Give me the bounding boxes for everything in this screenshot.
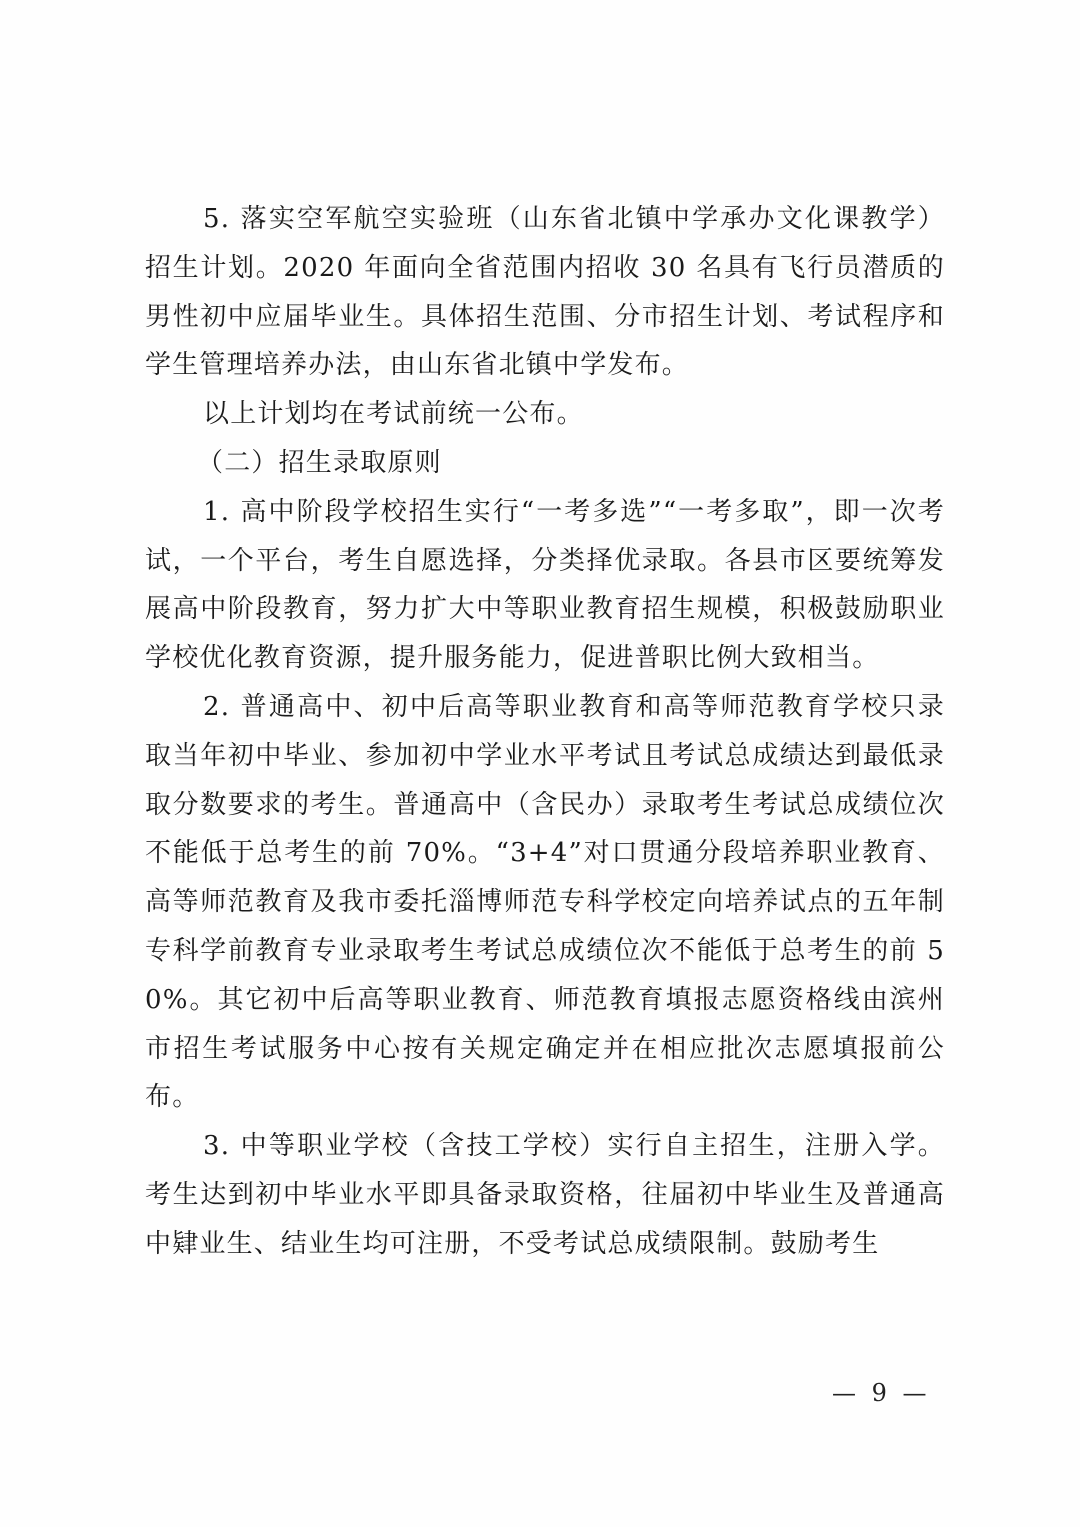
page-number: — 9 — (832, 1379, 931, 1407)
paragraph-item-2-admission-requirements: 2. 普通高中、初中后高等职业教育和高等师范教育学校只录取当年初中毕业、参加初中… (145, 683, 945, 1122)
document-body: 5. 落实空军航空实验班（山东省北镇中学承办文化课教学）招生计划。2020 年面… (145, 195, 945, 1269)
paragraph-item-3-vocational-schools: 3. 中等职业学校（含技工学校）实行自主招生，注册入学。考生达到初中毕业水平即具… (145, 1122, 945, 1268)
paragraph-item-1-one-exam: 1. 高中阶段学校招生实行“一考多选”“一考多取”，即一次考试，一个平台，考生自… (145, 488, 945, 683)
paragraph-plan-announcement: 以上计划均在考试前统一公布。 (145, 390, 945, 439)
document-page: 5. 落实空军航空实验班（山东省北镇中学承办文化课教学）招生计划。2020 年面… (0, 0, 1080, 1527)
paragraph-item-5-air-force-class: 5. 落实空军航空实验班（山东省北镇中学承办文化课教学）招生计划。2020 年面… (145, 195, 945, 390)
section-heading-admission-principles: （二）招生录取原则 (145, 439, 945, 488)
